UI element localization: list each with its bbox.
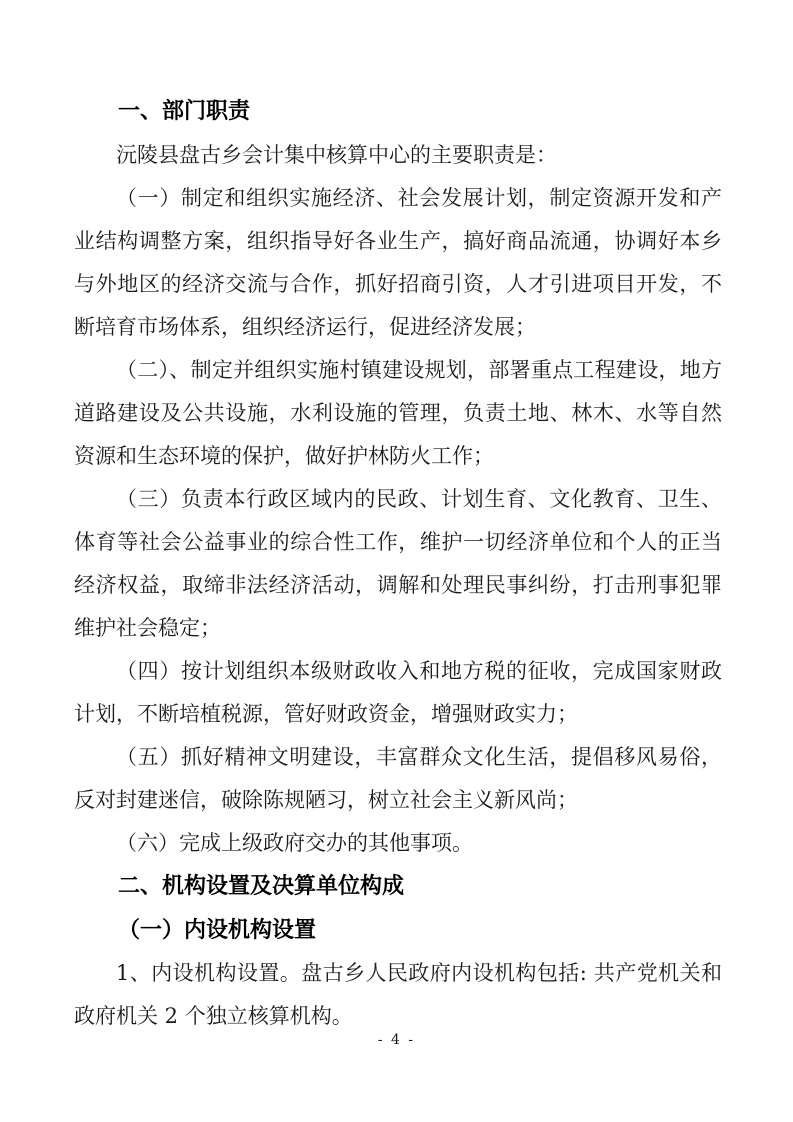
paragraph-duty-3: （三）负责本行政区域内的民政、计划生育、文化教育、卫生、体育等社会公益事业的综合… <box>74 478 722 650</box>
paragraph-intro: 沅陵县盘古乡会计集中核算中心的主要职责是： <box>74 134 722 177</box>
paragraph-duty-5: （五）抓好精神文明建设，丰富群众文化生活，提倡移风易俗，反对封建迷信，破除陈规陋… <box>74 736 722 822</box>
section-heading-department-duties: 一、部门职责 <box>74 90 722 134</box>
document-body: 一、部门职责 沅陵县盘古乡会计集中核算中心的主要职责是： （一）制定和组织实施经… <box>74 90 722 1038</box>
paragraph-duty-1: （一）制定和组织实施经济、社会发展计划，制定资源开发和产业结构调整方案，组织指导… <box>74 177 722 349</box>
subsection-heading-internal-org: （一）内设机构设置 <box>74 909 722 952</box>
paragraph-duty-6: （六）完成上级政府交办的其他事项。 <box>74 822 722 865</box>
paragraph-internal-org: 1、内设机构设置。盘古乡人民政府内设机构包括: 共产党机关和政府机关 2 个独立… <box>74 952 722 1038</box>
paragraph-duty-4: （四）按计划组织本级财政收入和地方税的征收，完成国家财政计划，不断培植税源，管好… <box>74 650 722 736</box>
page-number: - 4 - <box>0 1032 793 1048</box>
section-heading-org-structure: 二、机构设置及决算单位构成 <box>74 865 722 909</box>
document-page: 一、部门职责 沅陵县盘古乡会计集中核算中心的主要职责是： （一）制定和组织实施经… <box>0 0 793 1122</box>
paragraph-duty-2: （二）、制定并组织实施村镇建设规划，部署重点工程建设，地方道路建设及公共设施，水… <box>74 349 722 478</box>
